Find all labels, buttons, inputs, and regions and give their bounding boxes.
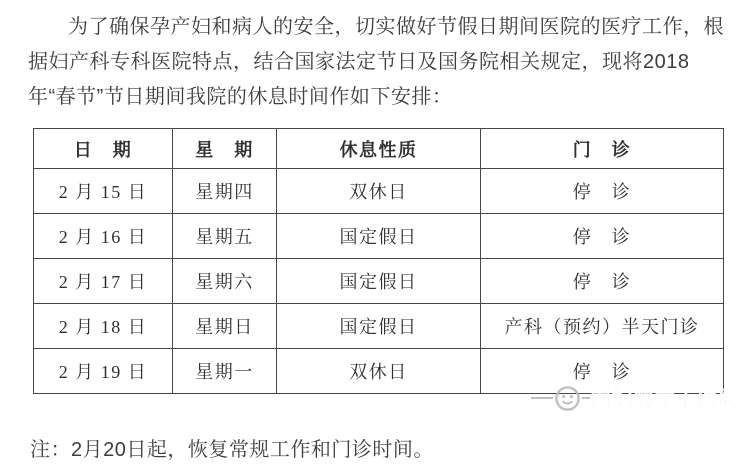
table-row: 2 月 16 日 星期五 国定假日 停 诊: [34, 214, 724, 259]
table-row: 2 月 15 日 星期四 双休日 停 诊: [34, 169, 724, 214]
cell-weekday: 星期五: [173, 214, 277, 259]
cell-date: 2 月 15 日: [34, 169, 173, 214]
notice-page: 为了确保孕产妇和病人的安全，切实做好节假日期间医院的医疗工作，根 据妇产科专科医…: [0, 0, 750, 470]
cell-rest-type: 国定假日: [277, 304, 481, 349]
column-header-date: 日 期: [34, 129, 173, 169]
cell-date: 2 月 16 日: [34, 214, 173, 259]
cell-weekday: 星期日: [173, 304, 277, 349]
watermark-label: 国妇婴掌上医院: [590, 383, 741, 413]
cell-clinic: 产科（预约）半天门诊: [481, 304, 724, 349]
cell-date: 2 月 17 日: [34, 259, 173, 304]
table-row: 2 月 18 日 星期日 国定假日 产科（预约）半天门诊: [34, 304, 724, 349]
cell-clinic: 停 诊: [481, 169, 724, 214]
cell-weekday: 星期六: [173, 259, 277, 304]
cell-date: 2 月 18 日: [34, 304, 173, 349]
intro-paragraph: 为了确保孕产妇和病人的安全，切实做好节假日期间医院的医疗工作，根 据妇产科专科医…: [28, 10, 726, 115]
watermark-dash: [531, 397, 553, 399]
cell-rest-type: 双休日: [277, 169, 481, 214]
cell-weekday: 星期一: [173, 349, 277, 394]
cell-clinic: 停 诊: [481, 214, 724, 259]
holiday-schedule-table: 日 期 星 期 休息性质 门 诊 2 月 15 日 星期四 双休日 停 诊 2 …: [33, 128, 724, 394]
cell-date: 2 月 19 日: [34, 349, 173, 394]
cell-rest-type: 双休日: [277, 349, 481, 394]
watermark-dash: [582, 397, 590, 399]
cell-rest-type: 国定假日: [277, 214, 481, 259]
column-header-clinic: 门 诊: [481, 129, 724, 169]
intro-line-1: 为了确保孕产妇和病人的安全，切实做好节假日期间医院的医疗工作，根: [28, 10, 726, 45]
footer-note: 注：2月20日起，恢复常规工作和门诊时间。: [30, 433, 434, 462]
cell-clinic: 停 诊: [481, 259, 724, 304]
column-header-weekday: 星 期: [173, 129, 277, 169]
intro-line-3: 年“春节”节日期间我院的休息时间作如下安排：: [28, 80, 726, 115]
intro-line-2: 据妇产科专科医院特点，结合国家法定节日及国务院相关规定，现将2018: [28, 45, 726, 80]
cell-rest-type: 国定假日: [277, 259, 481, 304]
column-header-rest-type: 休息性质: [277, 129, 481, 169]
watermark: 国妇婴掌上医院: [531, 383, 741, 413]
table-header-row: 日 期 星 期 休息性质 门 诊: [34, 129, 724, 169]
cell-weekday: 星期四: [173, 169, 277, 214]
table-row: 2 月 17 日 星期六 国定假日 停 诊: [34, 259, 724, 304]
smiley-face-icon: [554, 385, 581, 412]
